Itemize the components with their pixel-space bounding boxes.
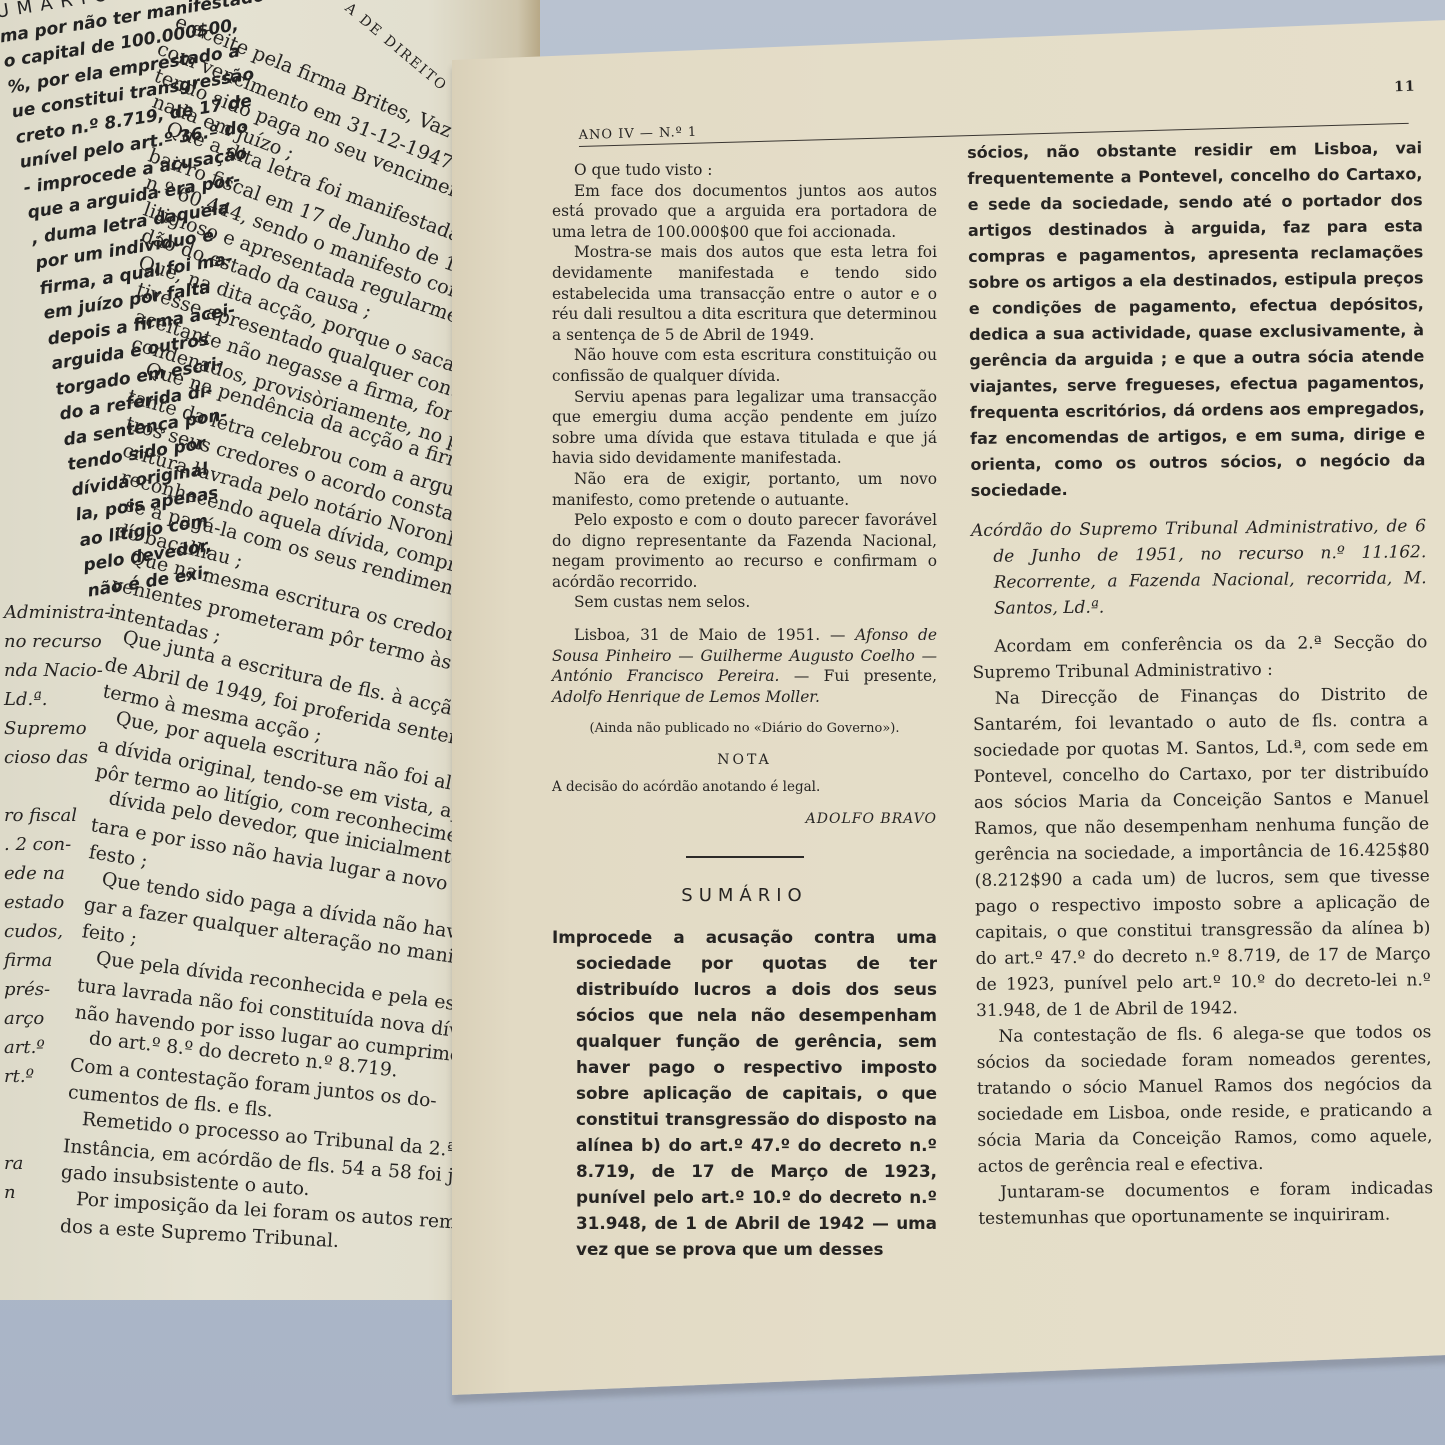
text-line: Ld.ª. xyxy=(4,685,111,714)
nota-heading: NOTA xyxy=(552,750,937,771)
paragraph: Mostra-se mais dos autos que esta letra … xyxy=(552,242,937,345)
sumario-continuation: sócios, não obstante residir em Lisboa, … xyxy=(967,135,1426,504)
signature-block: Lisboa, 31 de Maio de 1951. — Afonso de … xyxy=(552,625,937,707)
present-label: — Fui presente, xyxy=(779,667,937,685)
paragraph: O que tudo visto : xyxy=(552,160,937,181)
text-line: no recurso xyxy=(4,627,111,656)
present-name: Adolfo Henrique de Lemos Moller. xyxy=(552,688,820,706)
text-line: Administra- xyxy=(4,598,111,627)
paragraph: Juntaram-se documentos e foram indicadas… xyxy=(978,1175,1434,1232)
paragraph: Pelo exposto e com o douto parecer favor… xyxy=(552,510,937,592)
text-line: nda Nacio- xyxy=(4,656,111,685)
issue-label: ANO IV — N.º 1 xyxy=(578,125,697,143)
right-column: sócios, não obstante residir em Lisboa, … xyxy=(967,135,1433,1232)
paragraph: Sem custas nem selos. xyxy=(552,592,937,613)
paragraph: Na Direcção de Finanças do Distrito de S… xyxy=(973,681,1432,1024)
acordao-header: Acórdão do Supremo Tribunal Administrati… xyxy=(971,513,1427,622)
paragraph: Serviu apenas para legalizar uma transac… xyxy=(552,387,937,469)
paragraph: Não era de exigir, portanto, um novo man… xyxy=(552,469,937,510)
section-divider xyxy=(686,856,804,858)
text-line: Supremo xyxy=(4,714,111,743)
nota-author: ADOLFO BRAVO xyxy=(552,809,937,830)
place-date: Lisboa, 31 de Maio de 1951. — xyxy=(574,626,855,644)
paragraph: Acordam em conferência os da 2.ª Secção … xyxy=(972,629,1428,686)
paragraph: Em face dos documentos juntos aos autos … xyxy=(552,181,937,243)
sumario-heading: SUMÁRIO xyxy=(552,886,937,907)
nota-text: A decisão do acórdão anotando é legal. xyxy=(552,777,937,798)
publication-note: (Ainda não publicado no «Diário do Gover… xyxy=(552,719,937,740)
page-number: 11 xyxy=(1394,79,1416,96)
right-page-content: ANO IV — N.º 1 11 O que tudo visto : Em … xyxy=(452,0,1445,1445)
paragraph: Não houve com esta escritura constituiçã… xyxy=(552,345,937,386)
sumario-text: Improcede a acusação contra uma sociedad… xyxy=(552,924,937,1262)
middle-column: O que tudo visto : Em face dos documento… xyxy=(552,160,937,1262)
paragraph: Na contestação de fls. 6 alega-se que to… xyxy=(976,1019,1433,1180)
